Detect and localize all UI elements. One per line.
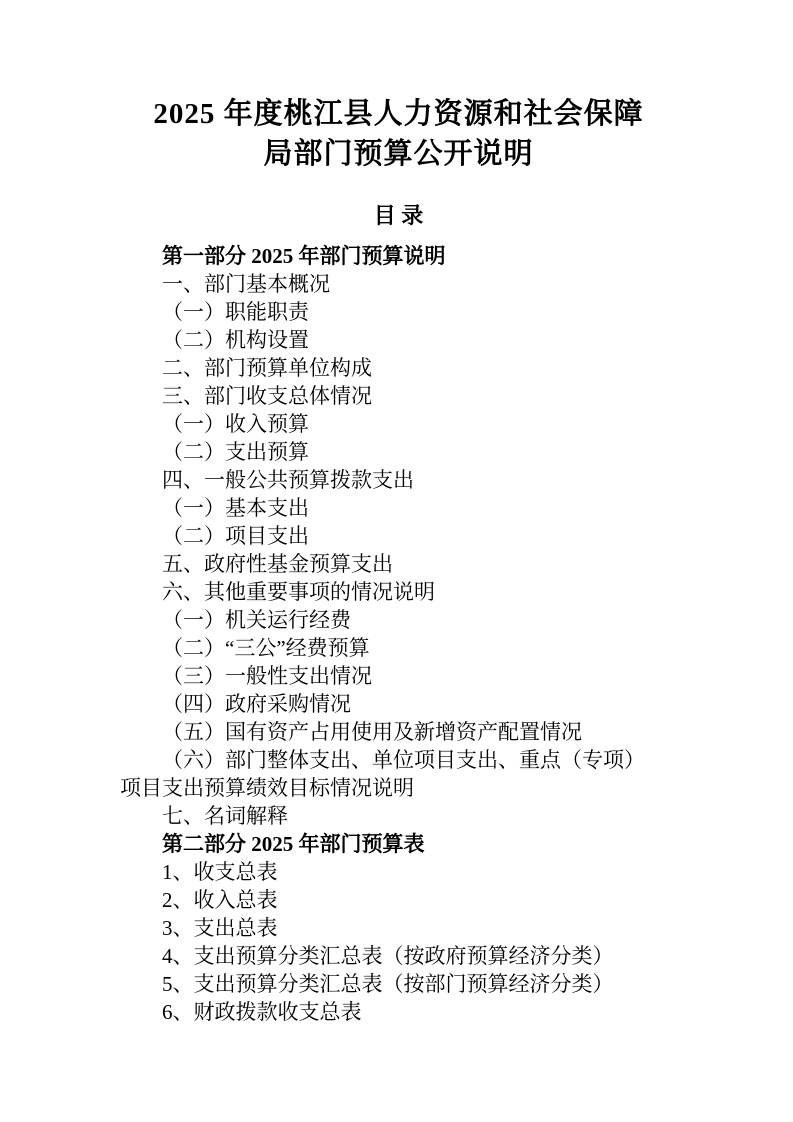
toc-line: （六）部门整体支出、单位项目支出、重点（专项）	[120, 746, 677, 774]
toc-line: （一）收入预算	[120, 410, 677, 438]
toc-line: （二）项目支出	[120, 522, 677, 550]
toc-line: 5、支出预算分类汇总表（按部门预算经济分类）	[120, 970, 677, 998]
toc-section-header: 第二部分 2025 年部门预算表	[120, 830, 677, 858]
toc-heading: 目 录	[120, 202, 677, 230]
toc-line: （一）机关运行经费	[120, 606, 677, 634]
document-title: 2025 年度桃江县人力资源和社会保障 局部门预算公开说明	[120, 94, 677, 174]
toc-line: 四、一般公共预算拨款支出	[120, 466, 677, 494]
toc-line: 3、支出总表	[120, 914, 677, 942]
toc-line: 五、政府性基金预算支出	[120, 550, 677, 578]
toc-line: （一）职能职责	[120, 298, 677, 326]
toc-line: 2、收入总表	[120, 886, 677, 914]
toc-line: （二）机构设置	[120, 326, 677, 354]
toc-line: 二、部门预算单位构成	[120, 354, 677, 382]
toc-line: （三）一般性支出情况	[120, 662, 677, 690]
toc-line: 六、其他重要事项的情况说明	[120, 578, 677, 606]
toc-list: 第一部分 2025 年部门预算说明一、部门基本概况（一）职能职责（二）机构设置二…	[120, 242, 677, 1026]
toc-line: 七、名词解释	[120, 802, 677, 830]
document-title-line-1: 2025 年度桃江县人力资源和社会保障	[120, 94, 677, 134]
toc-line: （二）支出预算	[120, 438, 677, 466]
document-content: 2025 年度桃江县人力资源和社会保障 局部门预算公开说明 目 录 第一部分 2…	[0, 0, 793, 1026]
toc-line: （五）国有资产占用使用及新增资产配置情况	[120, 718, 677, 746]
toc-line: 项目支出预算绩效目标情况说明	[120, 774, 677, 802]
document-title-line-2: 局部门预算公开说明	[120, 134, 677, 174]
toc-line: 一、部门基本概况	[120, 270, 677, 298]
toc-line: （四）政府采购情况	[120, 690, 677, 718]
toc-line: 4、支出预算分类汇总表（按政府预算经济分类）	[120, 942, 677, 970]
toc-line: 6、财政拨款收支总表	[120, 998, 677, 1026]
toc-section-header: 第一部分 2025 年部门预算说明	[120, 242, 677, 270]
document-page: 2025 年度桃江县人力资源和社会保障 局部门预算公开说明 目 录 第一部分 2…	[0, 0, 793, 1122]
toc-line: （一）基本支出	[120, 494, 677, 522]
toc-line: （二）“三公”经费预算	[120, 634, 677, 662]
toc-line: 三、部门收支总体情况	[120, 382, 677, 410]
toc-line: 1、收支总表	[120, 858, 677, 886]
